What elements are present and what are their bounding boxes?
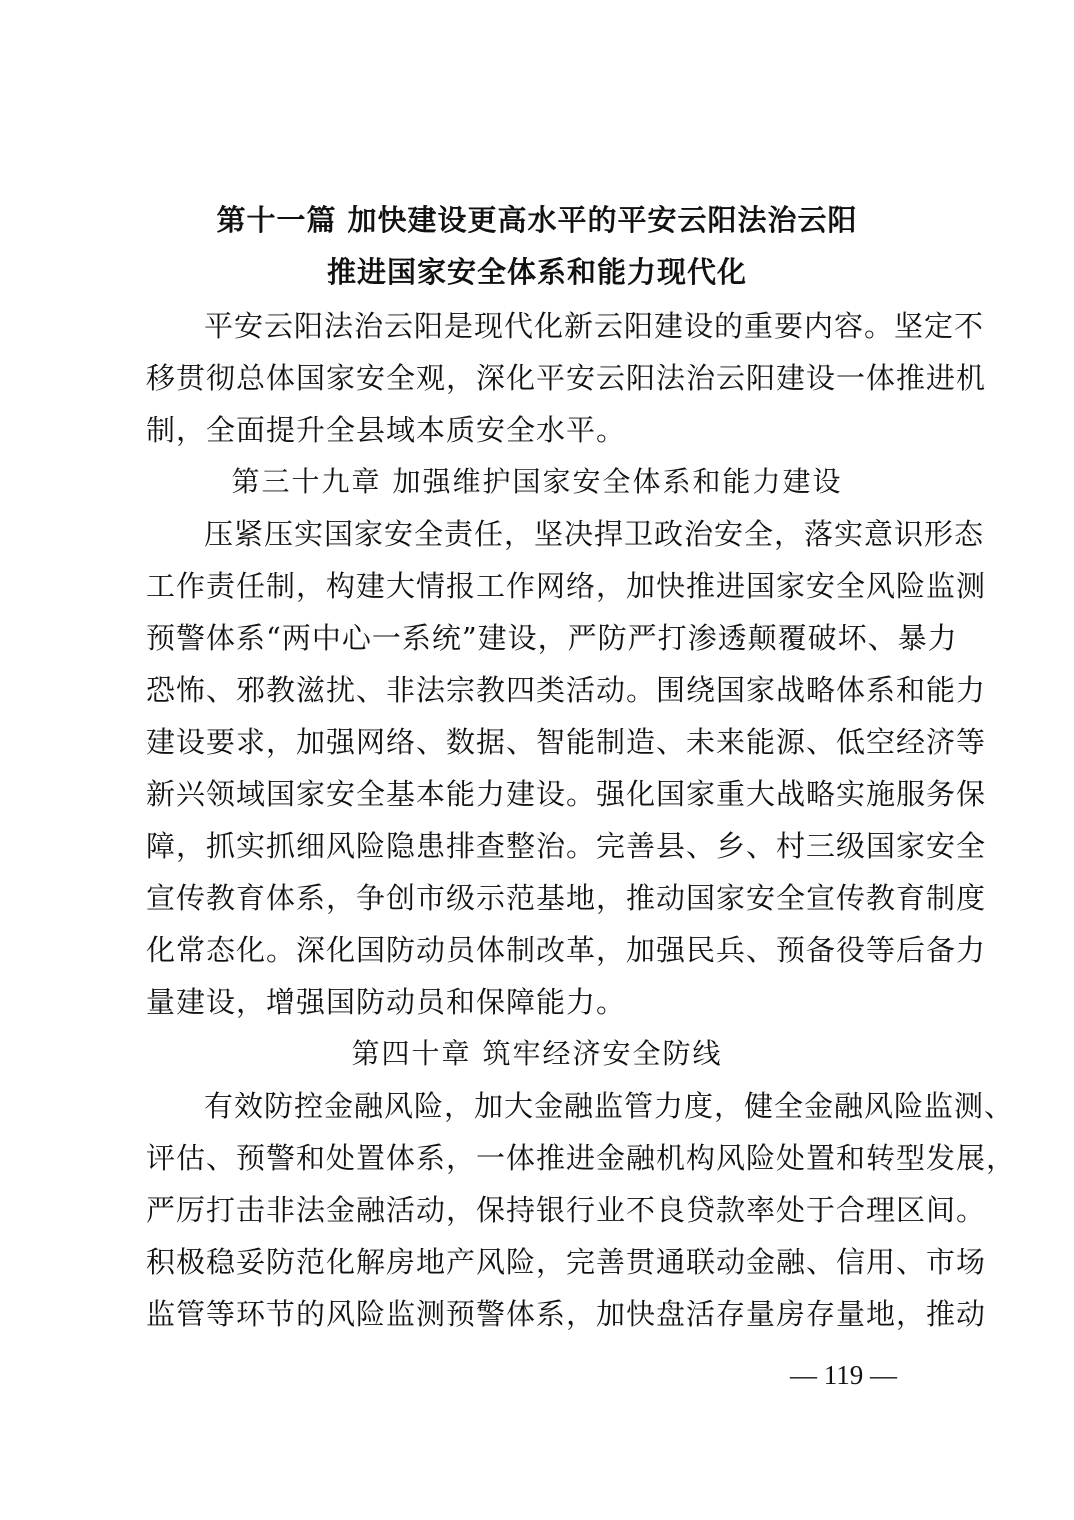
paragraph-line: 恐怖、邪教滋扰、非法宗教四类活动。围绕国家战略体系和能力	[146, 670, 940, 710]
paragraph-line: 障，抓实抓细风险隐患排查整治。完善县、乡、村三级国家安全	[146, 826, 940, 866]
chapter-title-40: 第四十章 筑牢经济安全防线	[0, 1034, 1074, 1074]
paragraph-line: 积极稳妥防范化解房地产风险，完善贯通联动金融、信用、市场	[146, 1242, 940, 1282]
paragraph-line: 制，全面提升全县域本质安全水平。	[146, 410, 940, 450]
paragraph-line: 工作责任制，构建大情报工作网络，加快推进国家安全风险监测	[146, 566, 940, 606]
paragraph-line: 化常态化。深化国防动员体制改革，加强民兵、预备役等后备力	[146, 930, 940, 970]
document-page: 第十一篇 加快建设更高水平的平安云阳法治云阳 推进国家安全体系和能力现代化 平安…	[0, 0, 1074, 1520]
paragraph-line: 建设要求，加强网络、数据、智能制造、未来能源、低空经济等	[146, 722, 940, 762]
paragraph-line: 压紧压实国家安全责任，坚决捍卫政治安全，落实意识形态	[204, 514, 940, 554]
paragraph-line: 有效防控金融风险，加大金融监管力度，健全金融风险监测、	[204, 1086, 940, 1126]
chapter-title-39: 第三十九章 加强维护国家安全体系和能力建设	[0, 462, 1074, 502]
paragraph-line: 评估、预警和处置体系，一体推进金融机构风险处置和转型发展，	[146, 1138, 940, 1178]
page-number: — 119 —	[790, 1357, 897, 1393]
paragraph-line: 移贯彻总体国家安全观，深化平安云阳法治云阳建设一体推进机	[146, 358, 940, 398]
paragraph-line: 监管等环节的风险监测预警体系，加快盘活存量房存量地，推动	[146, 1294, 940, 1334]
part-title-line-1: 第十一篇 加快建设更高水平的平安云阳法治云阳	[0, 200, 1074, 240]
paragraph-line: 平安云阳法治云阳是现代化新云阳建设的重要内容。坚定不	[204, 306, 940, 346]
paragraph-line: 量建设，增强国防动员和保障能力。	[146, 982, 940, 1022]
paragraph-line: 宣传教育体系，争创市级示范基地，推动国家安全宣传教育制度	[146, 878, 940, 918]
paragraph-line: 严厉打击非法金融活动，保持银行业不良贷款率处于合理区间。	[146, 1190, 940, 1230]
part-title-line-2: 推进国家安全体系和能力现代化	[0, 252, 1074, 292]
paragraph-line: 预警体系“两中心一系统”建设，严防严打渗透颠覆破坏、暴力	[146, 618, 940, 658]
paragraph-line: 新兴领域国家安全基本能力建设。强化国家重大战略实施服务保	[146, 774, 940, 814]
